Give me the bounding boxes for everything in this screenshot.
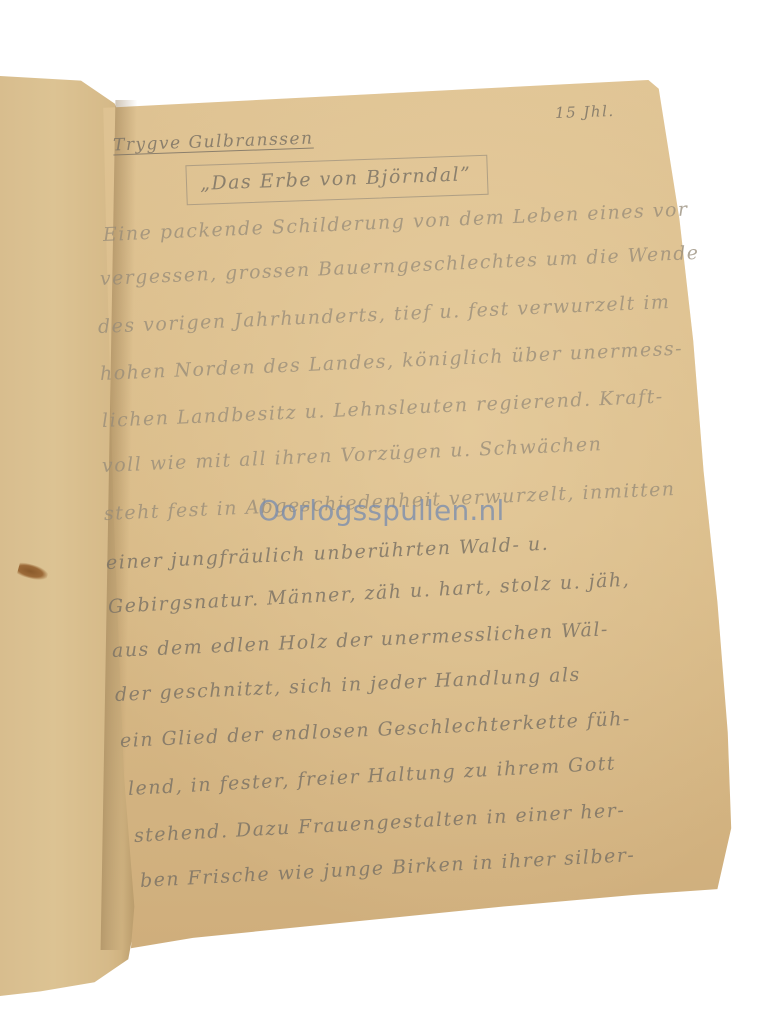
watermark: Oorlogsspullen.nl bbox=[258, 494, 504, 527]
notebook-photo: Trygve Gulbranssen 15 Jhl. „Das Erbe von… bbox=[0, 0, 768, 1024]
page-mark: 15 Jhl. bbox=[555, 102, 615, 122]
